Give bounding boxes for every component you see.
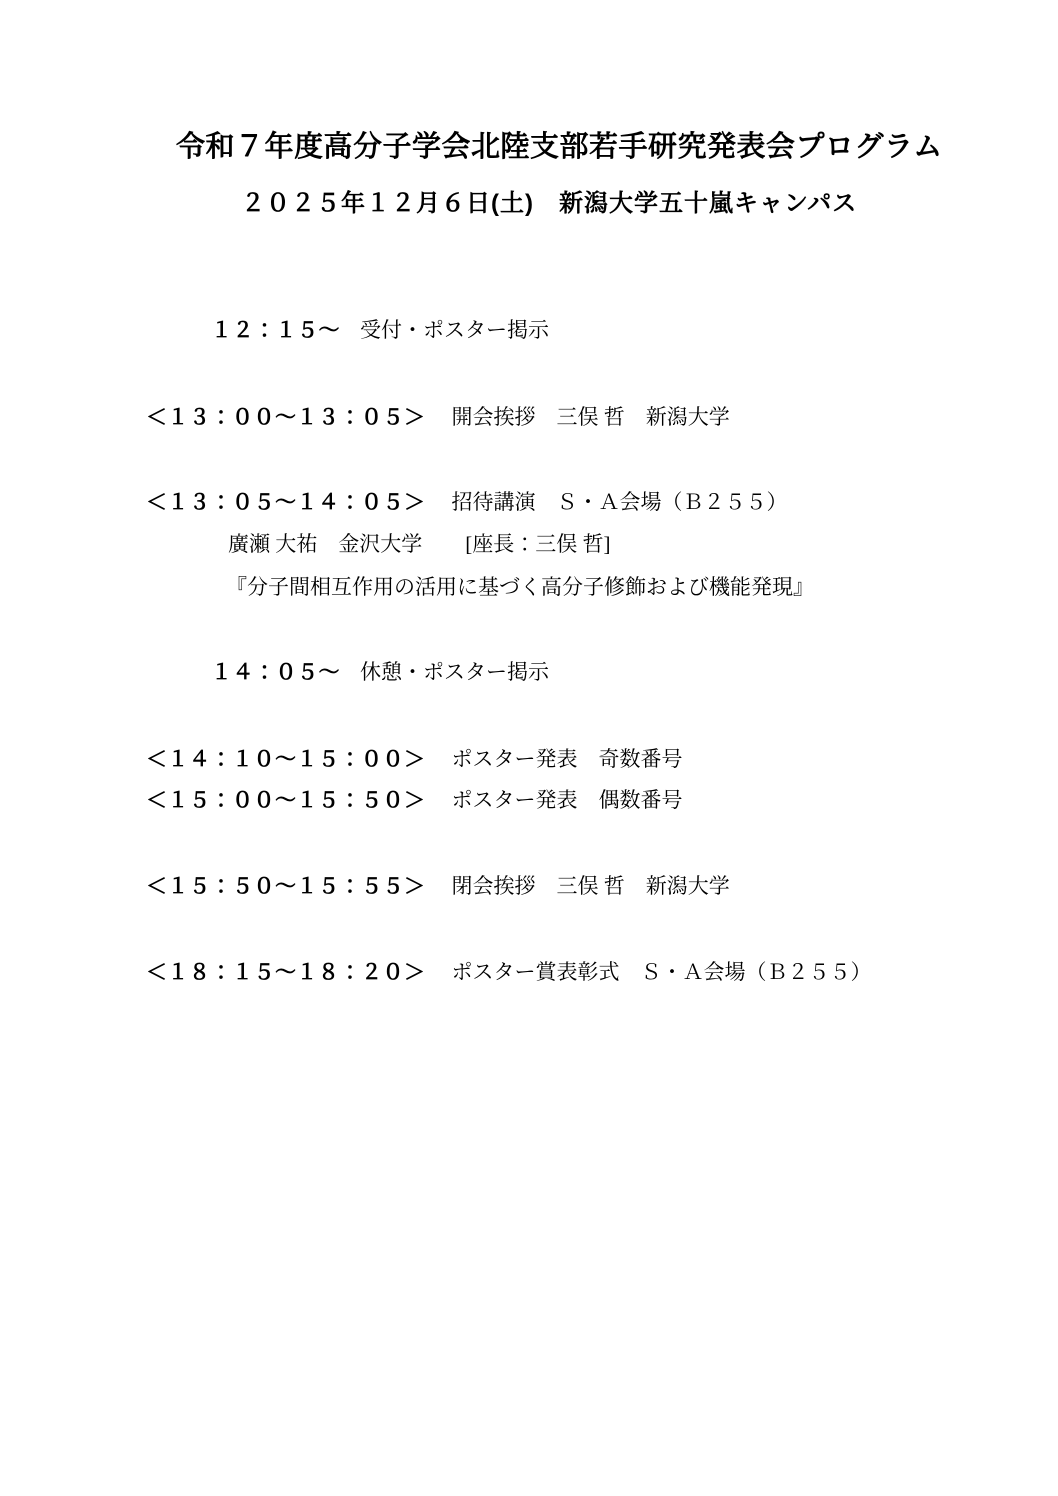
event-label: ポスター発表 偶数番号 [452, 788, 683, 812]
lecture-title-text: 『分子間相互作用の活用に基づく高分子修飾および機能発現』 [226, 575, 814, 599]
event-label: 閉会挨拶 三俣 哲 新潟大学 [452, 874, 730, 898]
event-label: 受付・ポスター掲示 [360, 318, 549, 342]
event-label: ポスター賞表彰式 Ｓ・Ａ会場（Ｂ２５５） [452, 960, 872, 984]
schedule-line-poster-award: ＜１８：１５～１８：２０＞ポスター賞表彰式 Ｓ・Ａ会場（Ｂ２５５） [125, 936, 872, 1009]
schedule-line-opening-remarks: ＜１３：００～１３：０５＞開会挨拶 三俣 哲 新潟大学 [125, 381, 730, 454]
time-range: ＜１５：５０～１５：５５＞ [146, 875, 426, 898]
schedule-line-poster-even: ＜１５：００～１５：５０＞ポスター発表 偶数番号 [125, 764, 683, 837]
time-range: １２：１５～ [211, 319, 340, 342]
event-label: 休憩・ポスター掲示 [360, 660, 549, 684]
time-range: ＜１８：１５～１８：２０＞ [146, 961, 426, 984]
document-page: 令和７年度高分子学会北陸支部若手研究発表会プログラム ２０２５年１２月６日(土)… [0, 0, 1058, 1496]
schedule-line-reception: １２：１５～受付・ポスター掲示 [190, 294, 549, 367]
schedule-line-closing-remarks: ＜１５：５０～１５：５５＞閉会挨拶 三俣 哲 新潟大学 [125, 850, 730, 923]
event-date-venue: ２０２５年１２月６日(土) 新潟大学五十嵐キャンパス [241, 190, 857, 218]
time-range: ＜１５：００～１５：５０＞ [146, 789, 426, 812]
event-label: 開会挨拶 三俣 哲 新潟大学 [452, 405, 730, 429]
page-title: 令和７年度高分子学会北陸支部若手研究発表会プログラム [176, 131, 943, 164]
schedule-line-break: １４：０５～休憩・ポスター掲示 [190, 636, 549, 709]
time-range: １４：０５～ [211, 661, 340, 684]
time-range: ＜１３：００～１３：０５＞ [146, 406, 426, 429]
invited-lecture-title: 『分子間相互作用の活用に基づく高分子修飾および機能発現』 [205, 551, 814, 623]
